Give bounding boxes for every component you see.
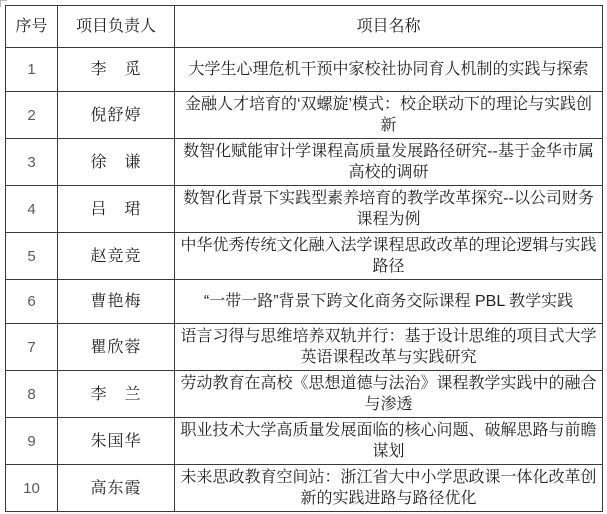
row-index-cell: 2	[6, 92, 58, 139]
title-cell: 职业技术大学高质量发展面临的核心问题、破解思路与前瞻谋划	[175, 418, 603, 465]
table-row: 1李 觅大学生心理危机干预中家校社协同育人机制的实践与探索	[6, 48, 603, 92]
leader-cell: 倪舒婷	[58, 92, 175, 139]
table-body: 1李 觅大学生心理危机干预中家校社协同育人机制的实践与探索2倪舒婷金融人才培育的…	[6, 48, 603, 512]
leader-cell: 曹艳梅	[58, 280, 175, 324]
row-index-cell: 6	[6, 280, 58, 324]
row-index-cell: 1	[6, 48, 58, 92]
table-row: 2倪舒婷金融人才培育的‘双螺旋’模式：校企联动下的理论与实践创新	[6, 92, 603, 139]
leader-cell: 李 觅	[58, 48, 175, 92]
row-index-cell: 3	[6, 139, 58, 186]
title-cell: 语言习得与思维培养双轨并行：基于设计思维的项目式大学英语课程改革与实践研究	[175, 324, 603, 371]
leader-cell: 徐 谦	[58, 139, 175, 186]
leader-cell: 赵竞竞	[58, 233, 175, 280]
title-cell: “一带一路”背景下跨文化商务交际课程 PBL 教学实践	[175, 280, 603, 324]
leader-cell: 李 兰	[58, 371, 175, 418]
row-index-cell: 10	[6, 465, 58, 512]
table-row: 3徐 谦数智化赋能审计学课程高质量发展路径研究--基于金华市属高校的调研	[6, 139, 603, 186]
header-cell-leader: 项目负责人	[58, 6, 175, 48]
row-index-cell: 5	[6, 233, 58, 280]
table-row: 6曹艳梅“一带一路”背景下跨文化商务交际课程 PBL 教学实践	[6, 280, 603, 324]
table-row: 5赵竞竞中华优秀传统文化融入法学课程思政改革的理论逻辑与实践路径	[6, 233, 603, 280]
project-list-table: 序号 项目负责人 项目名称 1李 觅大学生心理危机干预中家校社协同育人机制的实践…	[5, 5, 603, 512]
title-cell: 数智化背景下实践型素养培育的教学改革探究--以公司财务课程为例	[175, 186, 603, 233]
table-header: 序号 项目负责人 项目名称	[6, 6, 603, 48]
leader-cell: 吕 珺	[58, 186, 175, 233]
table-row: 10高东霞未来思政教育空间站：浙江省大中小学思政课一体化改革创新的实践进路与路径…	[6, 465, 603, 512]
title-cell: 未来思政教育空间站：浙江省大中小学思政课一体化改革创新的实践进路与路径优化	[175, 465, 603, 512]
table-row: 8李 兰劳动教育在高校《思想道德与法治》课程教学实践中的融合与渗透	[6, 371, 603, 418]
table-row: 4吕 珺数智化背景下实践型素养培育的教学改革探究--以公司财务课程为例	[6, 186, 603, 233]
table-row: 7瞿欣蓉语言习得与思维培养双轨并行：基于设计思维的项目式大学英语课程改革与实践研…	[6, 324, 603, 371]
header-cell-index: 序号	[6, 6, 58, 48]
row-index-cell: 8	[6, 371, 58, 418]
title-cell: 劳动教育在高校《思想道德与法治》课程教学实践中的融合与渗透	[175, 371, 603, 418]
title-cell: 数智化赋能审计学课程高质量发展路径研究--基于金华市属高校的调研	[175, 139, 603, 186]
table-row: 9朱国华职业技术大学高质量发展面临的核心问题、破解思路与前瞻谋划	[6, 418, 603, 465]
title-cell: 中华优秀传统文化融入法学课程思政改革的理论逻辑与实践路径	[175, 233, 603, 280]
header-row: 序号 项目负责人 项目名称	[6, 6, 603, 48]
leader-cell: 瞿欣蓉	[58, 324, 175, 371]
title-cell: 大学生心理危机干预中家校社协同育人机制的实践与探索	[175, 48, 603, 92]
title-cell: 金融人才培育的‘双螺旋’模式：校企联动下的理论与实践创新	[175, 92, 603, 139]
leader-cell: 高东霞	[58, 465, 175, 512]
header-cell-title: 项目名称	[175, 6, 603, 48]
row-index-cell: 7	[6, 324, 58, 371]
row-index-cell: 9	[6, 418, 58, 465]
row-index-cell: 4	[6, 186, 58, 233]
leader-cell: 朱国华	[58, 418, 175, 465]
